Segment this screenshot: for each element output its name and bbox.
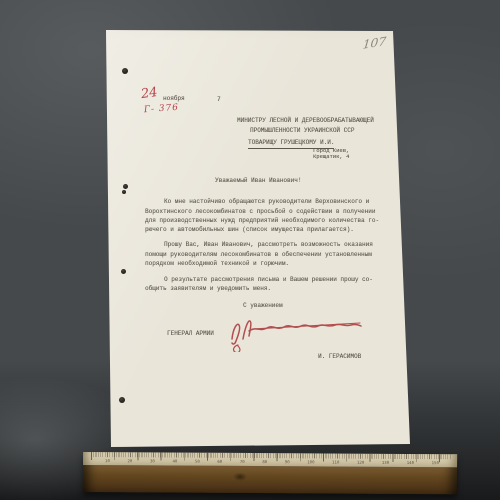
ruler-scale-strip: 10 20 30 40 50 60 70 80 90 100 110 120 1… xyxy=(83,452,457,467)
ruler-number: 80 xyxy=(262,460,267,464)
body-line: Ко мне настойчиво обращаются руководител… xyxy=(164,197,369,206)
salutation: Уважаемый Иван Иванович! xyxy=(215,176,301,185)
ruler-number: 10 xyxy=(105,459,110,463)
ruler-number: 110 xyxy=(332,461,339,465)
ruler-number: 100 xyxy=(307,460,314,464)
recipient-line-2: ПРОМЫШЛЕННОСТИ УКРАИНСКОЙ ССР xyxy=(250,126,354,135)
letter-sheet: 107 24 ноября 7 Г- 376 МИНИСТРУ ЛЕСНОЙ И… xyxy=(0,0,500,500)
body-line: Ворохтинского лесокомбинатов с просьбой … xyxy=(145,207,375,216)
body-line: порядком необходимой техникой и горючим. xyxy=(145,259,289,268)
photo-of-document: 107 24 ноября 7 Г- 376 МИНИСТРУ ЛЕСНОЙ И… xyxy=(0,0,500,500)
recipient-line-1: МИНИСТРУ ЛЕСНОЙ И ДЕРЕВООБРАБАТЫВАЮЩЕЙ xyxy=(237,116,374,125)
wooden-ruler: 10 20 30 40 50 60 70 80 90 100 110 120 1… xyxy=(83,452,457,494)
punch-hole xyxy=(122,190,126,194)
body-line: О результате рассмотрения письма и Вашем… xyxy=(164,275,373,284)
ruler-number: 140 xyxy=(407,461,414,465)
typed-month: ноября xyxy=(163,94,185,103)
punch-hole xyxy=(122,68,128,74)
ruler-number: 120 xyxy=(357,461,364,465)
handwritten-registration-number: Г- 376 xyxy=(144,103,180,115)
signer-name: И. ГЕРАСИМОВ xyxy=(318,352,361,361)
body-line: рючего и автомобильных шин (список имуще… xyxy=(145,225,354,234)
punch-hole xyxy=(123,184,128,189)
ruler-number: 30 xyxy=(150,459,155,463)
closing-regards: С уважением xyxy=(243,301,283,310)
body-line: общить заявителям и уведомить меня. xyxy=(145,284,271,293)
ruler-number: 150 xyxy=(432,461,439,465)
ruler-number: 90 xyxy=(285,460,290,464)
ruler-number: 20 xyxy=(128,459,133,463)
signer-rank: ГЕНЕРАЛ АРМИИ xyxy=(167,329,214,338)
body-line: Прошу Вас, Иван Иванович, рассмотреть во… xyxy=(164,240,373,249)
ruler-number: 50 xyxy=(195,460,200,464)
ruler-number: 70 xyxy=(240,460,245,464)
ruler-wood-body xyxy=(83,465,457,494)
ruler-number: 130 xyxy=(382,461,389,465)
recipient-street: Крещатик, 4 xyxy=(313,152,349,161)
handwritten-day: 24 xyxy=(140,85,158,102)
punch-hole xyxy=(121,269,126,274)
signature-scribble xyxy=(226,314,364,352)
ruler-numbers: 10 20 30 40 50 60 70 80 90 100 110 120 1… xyxy=(105,459,439,465)
body-line: для производственных нужд предприятий не… xyxy=(145,216,379,225)
punch-hole xyxy=(119,397,125,403)
body-line: помощи руководителям лесокомбинатов в об… xyxy=(145,250,372,259)
typed-mark: 7 xyxy=(217,95,221,104)
pencil-page-number: 107 xyxy=(362,34,387,51)
ruler-number: 40 xyxy=(172,460,177,464)
ruler-number: 60 xyxy=(217,460,222,464)
